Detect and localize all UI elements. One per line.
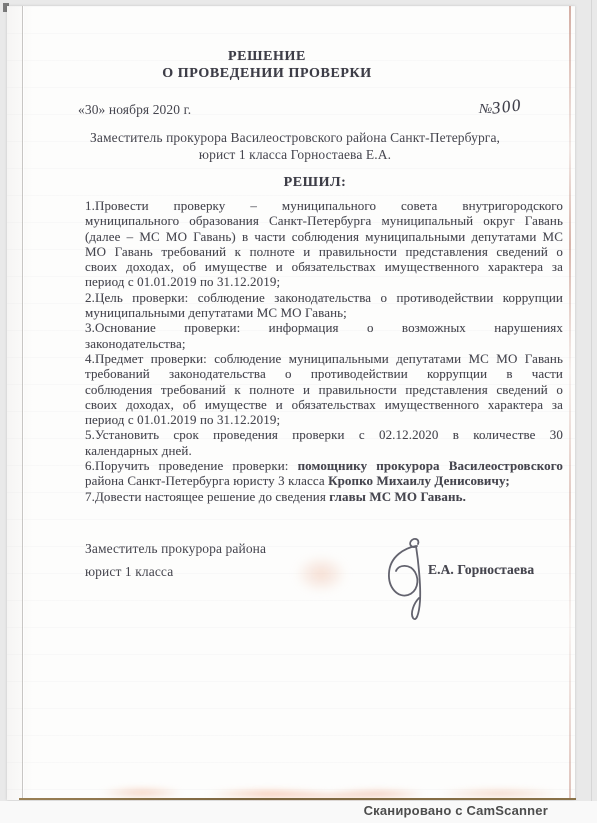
- decision-item-line: 2.Цель проверки: соблюдение законодатель…: [85, 290, 563, 305]
- decision-item-7: 7.Довести настоящее решение до сведения …: [85, 489, 563, 504]
- issuer-line1: Заместитель прокурора Василеостровского …: [85, 130, 505, 146]
- decision-item-line: 1.Провести проверку – муниципального сов…: [85, 198, 563, 213]
- camscanner-watermark-label: Сканировано с CamScanner: [364, 803, 548, 818]
- handwritten-number: 300: [491, 95, 523, 119]
- decision-item-line: МО Гавань требований к полноте и правиль…: [85, 244, 563, 259]
- decision-item-line: своих доходах, об имуществе и обязательс…: [85, 259, 563, 274]
- decision-item-line: района Санкт-Петербурга юристу 3 класса …: [85, 473, 563, 488]
- decision-item-line: 6.Поручить проведение проверки: помощник…: [85, 458, 563, 473]
- decision-item-4: 4.Предмет проверки: соблюдение муниципал…: [85, 351, 563, 427]
- decision-item-line: требований законодательства о противодей…: [85, 366, 563, 381]
- decision-item-line: календарных дней.: [85, 443, 563, 458]
- signature-mark: [385, 537, 433, 629]
- document-date: «30» ноября 2020 г.: [78, 102, 191, 118]
- decision-item-line: период с 01.01.2019 по 31.12.2019;: [85, 412, 563, 427]
- ink-smudge: [295, 555, 347, 593]
- decision-item-line: период с 01.01.2019 по 31.12.2019;: [85, 274, 563, 289]
- page-edge-bottom: [19, 798, 576, 800]
- decision-item-line: (далее – МС МО Гавань) в части соблюдени…: [85, 229, 563, 244]
- issuer-line2: юрист 1 класса Горностаева Е.А.: [85, 147, 505, 163]
- decision-item-1: 1.Провести проверку – муниципального сов…: [85, 198, 563, 290]
- decision-item-line: муниципального образования Санкт-Петербу…: [85, 213, 563, 228]
- scan-smudge-band: [47, 772, 573, 798]
- decision-item-2: 2.Цель проверки: соблюдение законодатель…: [85, 290, 563, 321]
- decision-item-line: 3.Основание проверки: информация о возмо…: [85, 320, 563, 335]
- signer-position-line1: Заместитель прокурора района: [85, 541, 266, 557]
- page-edge-right: [569, 6, 571, 800]
- decision-item-3: 3.Основание проверки: информация о возмо…: [85, 320, 563, 351]
- signer-position-line2: юрист 1 класса: [85, 564, 173, 580]
- decision-item-line: своих доходах, об имуществе и обязательс…: [85, 397, 563, 412]
- decision-item-line: законодательства;: [85, 336, 563, 351]
- scanned-document-page: РЕШЕНИЕ О ПРОВЕДЕНИИ ПРОВЕРКИ «30» ноябр…: [7, 6, 575, 800]
- document-title-line1: РЕШЕНИЕ: [7, 49, 527, 65]
- decision-item-line: соблюдения требований к полноте и правил…: [85, 382, 563, 397]
- decision-item-line: 7.Довести настоящее решение до сведения …: [85, 489, 563, 504]
- decision-items: 1.Провести проверку – муниципального сов…: [85, 198, 563, 504]
- decision-item-line: 4.Предмет проверки: соблюдение муниципал…: [85, 351, 563, 366]
- scanned-document-viewer: { "document": { "title_line1": "РЕШЕНИЕ"…: [0, 0, 597, 823]
- background-edge-line: [591, 0, 592, 801]
- camscanner-watermark-bar: Сканировано с CamScanner: [0, 801, 597, 823]
- document-title-line2: О ПРОВЕДЕНИИ ПРОВЕРКИ: [7, 66, 527, 82]
- decision-item-6: 6.Поручить проведение проверки: помощник…: [85, 458, 563, 489]
- number-sign: №: [479, 102, 492, 117]
- decision-item-line: 5.Установить срок проведения проверки с …: [85, 427, 563, 442]
- document-number: №300: [479, 98, 522, 118]
- signer-name: Е.А. Горностаева: [428, 562, 534, 578]
- resolution-heading: РЕШИЛ:: [85, 175, 545, 191]
- page-fold-line: [22, 6, 23, 800]
- decision-item-5: 5.Установить срок проведения проверки с …: [85, 427, 563, 458]
- decision-item-line: муниципальными депутатами МС МО Гавань;: [85, 305, 563, 320]
